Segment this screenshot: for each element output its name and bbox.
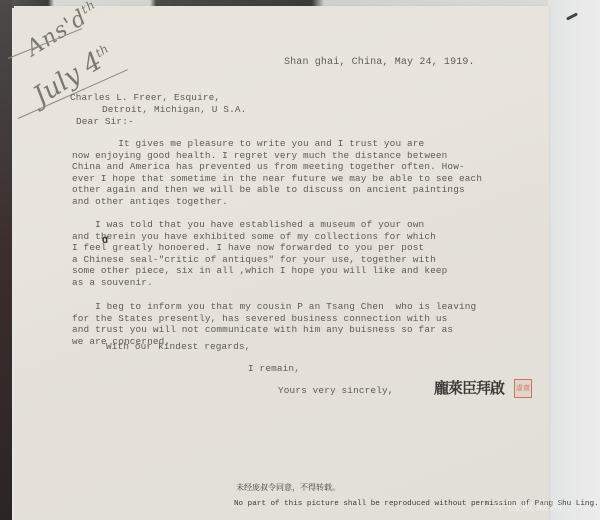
recipient-address: Detroit, Michigan, U S.A. [102,104,246,116]
paragraph-2: I was told that you have established a m… [72,219,447,289]
letter-date-line: Shan ghai, China, May 24, 1919. [284,57,475,69]
copyright-notice-chinese: 未经庞叔令同意，不得转载。 [236,482,340,493]
paragraph-1: It gives me pleasure to write you and I … [72,138,482,208]
recipient-name: Charles L. Freer, Esquire, [70,92,220,104]
photo-background-right [548,0,600,520]
closing-remain: I remain, [248,363,300,375]
salutation: Dear Sir:- [76,116,134,128]
closing-sincerely: Yours very sincrely, [278,385,394,397]
chinese-signature: 龐萊臣拜啟 [434,377,504,398]
closing-regards: With our kindest regards, [106,341,250,353]
watermark: 中国收藏网 [494,497,564,514]
red-seal-stamp: 虛齋 [514,379,532,398]
